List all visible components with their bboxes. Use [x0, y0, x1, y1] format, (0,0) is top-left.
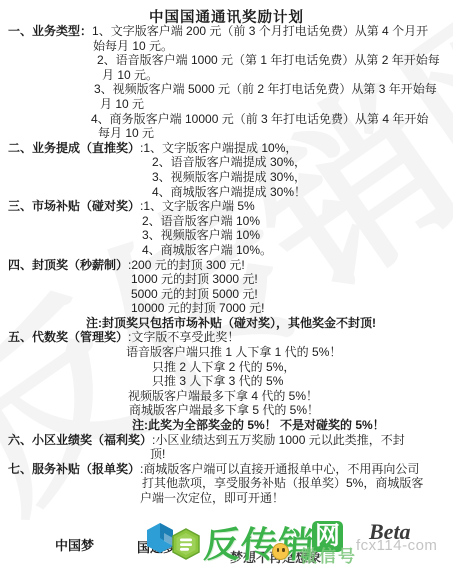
document-line: 4、商城版客户端提成 30%！: [0, 185, 453, 200]
body-text: 始每月 10 元。: [93, 39, 173, 53]
document-line: 10000 元的封顶 7000 元!: [0, 301, 453, 316]
document-line: 三、市场补贴（碰对奖）:1、文字版客户端 5%: [0, 199, 453, 214]
section-heading-text: 五、代数奖（管理奖）: [8, 330, 128, 344]
footer-china-dream-label: 中国梦: [55, 535, 94, 554]
body-text: 户端一次定位，即可开通！: [140, 491, 284, 505]
document-line: 2、语音版客户端 10%: [0, 214, 453, 229]
body-text: :文字版不享受此奖！: [128, 330, 239, 344]
section-heading-text: 注:此奖为全部奖金的 5%！ 不是对碰奖的 5%！: [132, 418, 385, 432]
document-line: 4、商务版客户端 10000 元（前 3 年打电话免费）从第 4 年开始: [0, 112, 453, 127]
document-line: 月 10 元。: [0, 68, 453, 83]
section-heading-text: 二、业务提成（直推奖）: [8, 141, 140, 155]
document-line: 打其他款项，享受服务补贴（报单奖）5%，商城版客: [0, 476, 453, 491]
body-text: 月 10 元。: [102, 68, 158, 82]
body-text: 3、视频版客户端 10%: [142, 228, 260, 242]
document-line: 5000 元的封顶 5000 元!: [0, 287, 453, 302]
beta-label: Beta: [369, 519, 411, 545]
body-text: 顶!: [150, 447, 165, 461]
body-text: :1、文字版客户端 5%: [140, 199, 255, 213]
hexagon-cube-logo-icon: [144, 521, 202, 561]
body-text: 语音版客户端只推 1 人下拿 1 代的 5%！: [126, 345, 341, 359]
body-text: 4、商城版客户端提成 30%！: [152, 185, 306, 199]
document-line: 视频版客户端最多下拿 4 代的 5%！: [0, 389, 453, 404]
document-line: 只推 2 人下拿 2 代的 5%，: [0, 360, 453, 375]
body-text: 商城版客户端最多下拿 5 代的 5%！: [129, 403, 319, 417]
body-text: 月 10 元: [100, 97, 144, 111]
document-line: 2、语音版客户端 1000 元（第 1 年打电话免费）从第 2 年开始每: [0, 53, 453, 68]
document-line: 注:此奖为全部奖金的 5%！ 不是对碰奖的 5%！: [0, 418, 453, 433]
document-line: 商城版客户端最多下拿 5 代的 5%！: [0, 403, 453, 418]
body-text: 只推 3 人下拿 3 代的 5%: [152, 374, 283, 388]
body-text: 打其他款项，享受服务补贴（报单奖）5%，商城版客: [142, 476, 423, 490]
page-title: 中国国通通讯奖励计划: [0, 0, 453, 27]
section-heading-text: 七、服务补贴（报单奖）: [8, 462, 140, 476]
document-line: 注:封顶奖只包括市场补贴（碰对奖），其他奖金不封顶!: [0, 316, 453, 331]
body-text: 3、视频版客户端提成 30%，: [152, 170, 306, 184]
document-line: 七、服务补贴（报单奖）:商城版客户端可以直接开通报单中心，不用再向公司: [0, 462, 453, 477]
body-text: 1000 元的封顶 3000 元!: [131, 272, 258, 286]
smiley-emoji-icon: [272, 543, 289, 560]
body-text: 视频版客户端最多下拿 4 代的 5%！: [128, 389, 318, 403]
document-line: 只推 3 人下拿 3 代的 5%: [0, 374, 453, 389]
document-line: 2、语音版客户端提成 30%，: [0, 155, 453, 170]
body-text: :商城版客户端可以直接开通报单中心，不用再向公司: [140, 462, 419, 476]
document-line: 每月 10 元: [0, 126, 453, 141]
document-line: 五、代数奖（管理奖）:文字版不享受此奖！: [0, 330, 453, 345]
body-text: 5000 元的封顶 5000 元!: [131, 287, 258, 301]
wechat-id-label: 微信号: [300, 542, 357, 567]
body-text: 2、语音版客户端 1000 元（第 1 年打电话免费）从第 2 年开始每: [97, 53, 440, 67]
body-text: :小区业绩达到五万奖励 1000 元以此类推，不封: [152, 433, 405, 447]
footer: 中国梦 国通梦 梦想不再是想象 反传销 网 Beta fcx114-com 微信…: [0, 515, 453, 569]
document-line: 始每月 10 元。: [0, 39, 453, 54]
document-line: 四、封顶奖（秒薪制）:200 元的封顶 300 元!: [0, 258, 453, 273]
document-line: 1000 元的封顶 3000 元!: [0, 272, 453, 287]
body-text: 2、语音版客户端提成 30%，: [152, 155, 306, 169]
section-heading-text: 一、业务类型：: [8, 24, 92, 38]
document-body: 一、业务类型：1、文字版客户端 200 元（前 3 个月打电话免费）从第 4 个…: [0, 24, 453, 506]
section-heading-text: 三、市场补贴（碰对奖）: [8, 199, 140, 213]
body-text: 每月 10 元: [98, 126, 154, 140]
document-line: 3、视频版客户端 10%: [0, 228, 453, 243]
body-text: 只推 2 人下拿 2 代的 5%，: [152, 360, 295, 374]
document-line: 语音版客户端只推 1 人下拿 1 代的 5%！: [0, 345, 453, 360]
body-text: 2、语音版客户端 10%: [142, 214, 260, 228]
body-text: :200 元的封顶 300 元!: [128, 258, 245, 272]
document-line: 二、业务提成（直推奖）:1、文字版客户端提成 10%，: [0, 141, 453, 156]
body-text: 4、商务版客户端 10000 元（前 3 年打电话免费）从第 4 年开始: [91, 112, 428, 126]
body-text: :1、文字版客户端提成 10%，: [140, 141, 297, 155]
document-line: 一、业务类型：1、文字版客户端 200 元（前 3 个月打电话免费）从第 4 个…: [0, 24, 453, 39]
document-line: 3、视频版客户端 5000 元（前 2 年打电话免费）从第 3 年开始每: [0, 82, 453, 97]
document-line: 户端一次定位，即可开通！: [0, 491, 453, 506]
section-heading-text: 四、封顶奖（秒薪制）: [8, 258, 128, 272]
document-line: 3、视频版客户端提成 30%，: [0, 170, 453, 185]
section-heading-text: 六、小区业绩奖（福利奖）: [8, 433, 152, 447]
section-heading-text: 注:封顶奖只包括市场补贴（碰对奖），其他奖金不封顶!: [86, 316, 376, 330]
body-text: 1、文字版客户端 200 元（前 3 个月打电话免费）从第 4 个月开: [92, 24, 428, 38]
document-page: 反传销网 中国国通通讯奖励计划 一、业务类型：1、文字版客户端 200 元（前 …: [0, 0, 453, 569]
body-text: 4、商城版客户端 10%。: [142, 243, 272, 257]
body-text: 3、视频版客户端 5000 元（前 2 年打电话免费）从第 3 年开始每: [94, 82, 437, 96]
document-line: 月 10 元: [0, 97, 453, 112]
document-line: 六、小区业绩奖（福利奖）:小区业绩达到五万奖励 1000 元以此类推，不封: [0, 433, 453, 448]
body-text: 10000 元的封顶 7000 元!: [131, 301, 264, 315]
document-line: 顶!: [0, 447, 453, 462]
document-line: 4、商城版客户端 10%。: [0, 243, 453, 258]
